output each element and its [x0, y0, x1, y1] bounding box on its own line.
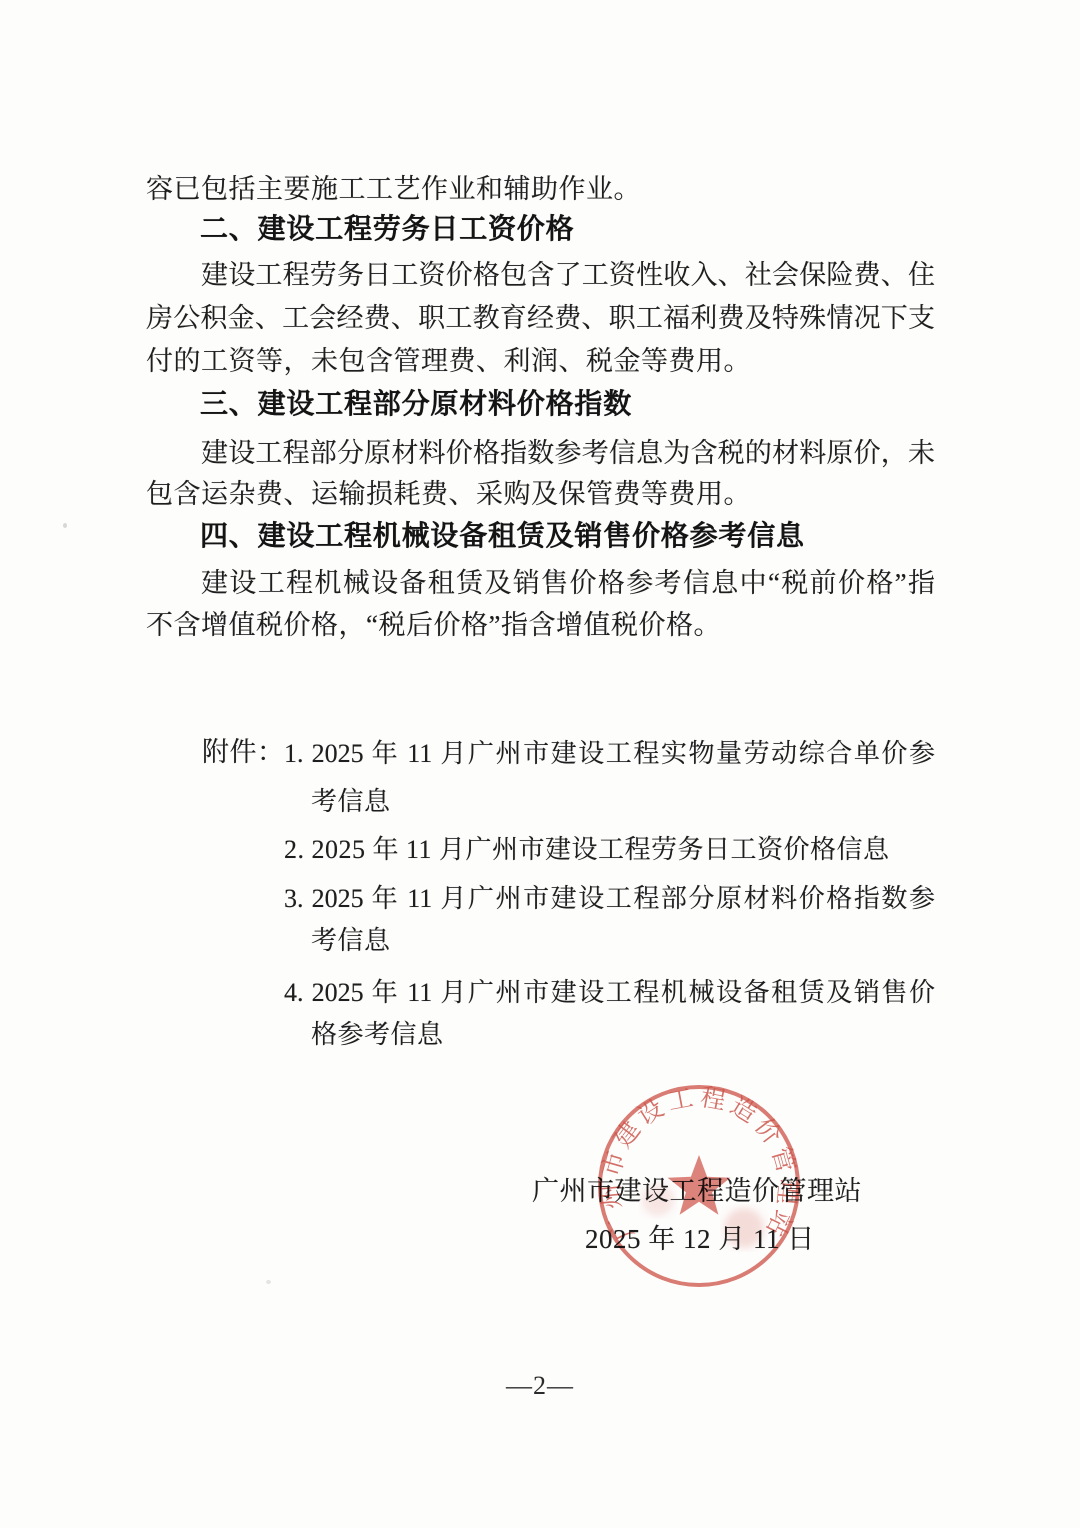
seal-ink-smudge — [642, 1184, 674, 1216]
attachments-label: 附件： — [202, 731, 285, 774]
attachment-item-line: 4. 2025 年 11 月广州市建设工程机械设备租赁及销售价 — [284, 971, 935, 1014]
star-icon — [668, 1155, 731, 1215]
official-seal-stamp: 广州市建设工程造价管理站 — [592, 1080, 806, 1294]
body-line: 包含运杂费、运输损耗费、采购及保管费等费用。 — [146, 473, 751, 516]
page-number: —2— — [0, 1371, 1080, 1401]
scanned-document-page: 容已包括主要施工工艺作业和辅助作业。 二、建设工程劳务日工资价格 建设工程劳务日… — [0, 0, 1080, 1528]
attachment-item-line: 考信息 — [311, 919, 391, 962]
body-line: 建设工程部分原材料价格指数参考信息为含税的材料原价，未 — [201, 432, 935, 475]
body-line: 容已包括主要施工工艺作业和辅助作业。 — [146, 168, 641, 211]
attachment-item-line: 3. 2025 年 11 月广州市建设工程部分原材料价格指数参 — [284, 877, 935, 920]
attachment-item-line: 2. 2025 年 11 月广州市建设工程劳务日工资价格信息 — [284, 828, 890, 871]
attachment-item-line: 格参考信息 — [311, 1013, 444, 1056]
attachment-item-line: 1. 2025 年 11 月广州市建设工程实物量劳动综合单价参 — [284, 732, 935, 775]
body-line: 付的工资等，未包含管理费、利润、税金等费用。 — [146, 340, 751, 383]
seal-ink-smudge — [724, 1208, 764, 1248]
body-line: 不含增值税价格，“税后价格”指含增值税价格。 — [146, 604, 721, 647]
scan-speck — [266, 1280, 271, 1284]
section-heading-2: 二、建设工程劳务日工资价格 — [200, 207, 574, 250]
section-heading-4: 四、建设工程机械设备租赁及销售价格参考信息 — [200, 514, 805, 557]
body-line: 建设工程机械设备租赁及销售价格参考信息中“税前价格”指 — [201, 562, 935, 605]
scan-speck — [63, 523, 67, 528]
body-line: 建设工程劳务日工资价格包含了工资性收入、社会保险费、住 — [201, 254, 935, 297]
body-line: 房公积金、工会经费、职工教育经费、职工福利费及特殊情况下支 — [146, 297, 935, 340]
section-heading-3: 三、建设工程部分原材料价格指数 — [200, 382, 632, 425]
attachment-item-line: 考信息 — [311, 780, 391, 823]
